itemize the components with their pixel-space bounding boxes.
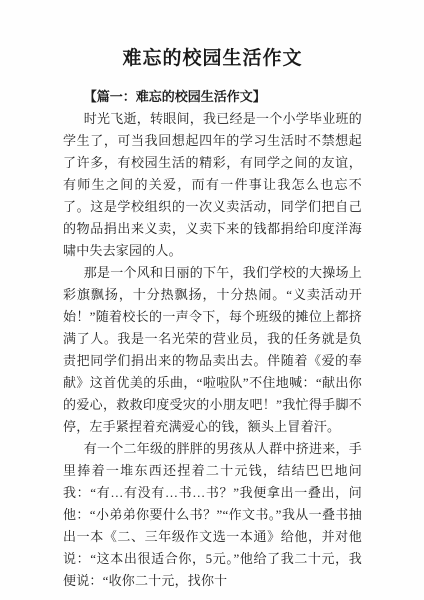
document-page: 难忘的校园生活作文 【篇一：难忘的校园生活作文】 时光飞逝，转眼间，我已经是一个… (0, 0, 424, 600)
section-heading: 【篇一：难忘的校园生活作文】 (63, 86, 362, 108)
paragraph-list: 时光飞逝，转眼间，我已经是一个小学毕业班的学生了，可当我回想起四年的学习生活时不… (63, 108, 362, 592)
paragraph: 时光飞逝，转眼间，我已经是一个小学毕业班的学生了，可当我回想起四年的学习生活时不… (63, 108, 362, 262)
paragraph: 那是一个风和日丽的下午，我们学校的大操场上彩旗飘扬，十分热飘扬，十分热闹。“义卖… (63, 262, 362, 438)
paragraph: 有一个二年级的胖胖的男孩从人群中挤进来，手里捧着一堆东西还捏着二十元钱，结结巴巴… (63, 438, 362, 592)
document-title: 难忘的校园生活作文 (63, 47, 362, 71)
